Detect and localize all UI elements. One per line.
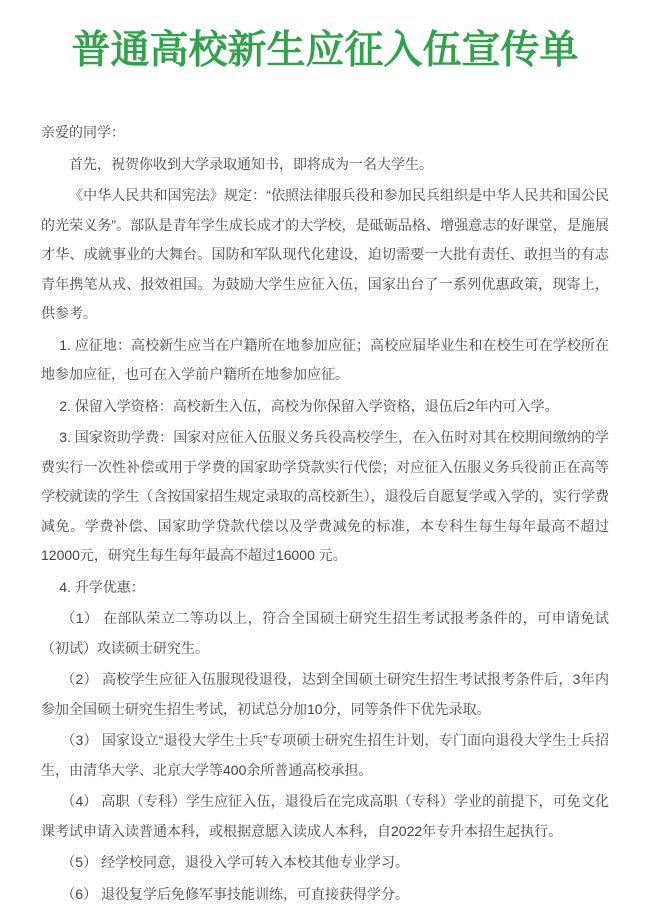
document-title: 普通高校新生应征入伍宣传单 bbox=[0, 0, 650, 72]
item-enlistment-location: 1. 应征地：高校新生应当在户籍所在地参加应征；高校应届毕业生和在校生可在学校所… bbox=[41, 331, 609, 390]
para-constitution: 《中华人民共和国宪法》规定：“依照法律服兵役和参加民兵组织是中华人民共和国公民的… bbox=[41, 181, 609, 329]
letter-body: 亲爱的同学： 首先，祝贺你收到大学录取通知书，即将成为一名大学生。 《中华人民共… bbox=[0, 118, 650, 909]
benefit-3-special-enrollment-program: （3） 国家设立“退役大学生士兵”专项硕士研究生招生计划，专门面向退役大学生士兵… bbox=[41, 726, 609, 785]
benefit-2-bonus-points: （2） 高校学生应征入伍服现役退役，达到全国硕士研究生招生考试报考条件后，3年内… bbox=[41, 665, 609, 724]
benefit-1-exam-exemption: （1） 在部队荣立二等功以上，符合全国硕士研究生招生考试报考条件的，可申请免试（… bbox=[41, 604, 609, 663]
flyer-page: 普通高校新生应征入伍宣传单 亲爱的同学： 首先，祝贺你收到大学录取通知书，即将成… bbox=[0, 0, 650, 915]
benefit-4-vocational-upgrade: （4） 高职（专科）学生应征入伍，退役后在完成高职（专科）学业的前提下，可免文化… bbox=[41, 787, 609, 846]
benefit-5-major-transfer: （5） 经学校同意，退役入学可转入本校其他专业学习。 bbox=[41, 848, 609, 878]
item-tuition-subsidy: 3. 国家资助学费：国家对应征入伍服义务兵役高校学生，在入伍时对其在校期间缴纳的… bbox=[41, 423, 609, 571]
benefit-6-military-training-credit: （6） 退役复学后免修军事技能训练，可直接获得学分。 bbox=[41, 880, 609, 910]
item-admission-retention: 2. 保留入学资格：高校新生入伍，高校为你保留入学资格，退伍后2年内可入学。 bbox=[41, 392, 609, 422]
salutation: 亲爱的同学： bbox=[41, 118, 609, 148]
item-education-benefits-heading: 4. 升学优惠： bbox=[41, 573, 609, 603]
para-greeting: 首先，祝贺你收到大学录取通知书，即将成为一名大学生。 bbox=[41, 150, 609, 180]
